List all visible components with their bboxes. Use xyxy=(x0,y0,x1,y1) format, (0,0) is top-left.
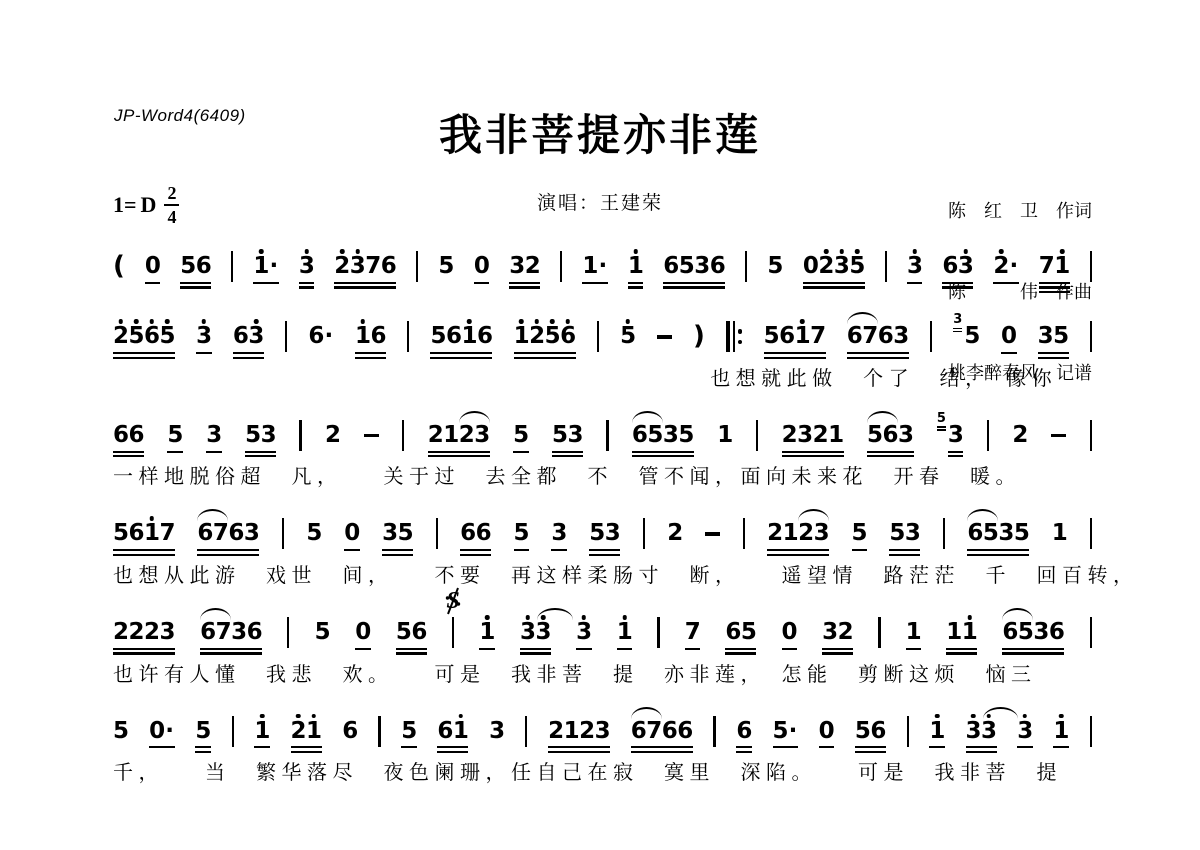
note-token: 5· xyxy=(773,718,799,749)
note-main: 1 xyxy=(906,619,922,650)
beam-line xyxy=(889,549,920,551)
beam-line xyxy=(437,746,468,748)
note-char: 1 xyxy=(1053,718,1069,744)
barline xyxy=(282,520,284,549)
note-token: 1 xyxy=(617,619,633,650)
note-main: 6536 xyxy=(1002,619,1064,655)
tie-arc xyxy=(537,608,573,620)
note-char: 3 xyxy=(595,718,611,744)
note-token: 6536 xyxy=(1002,619,1064,655)
notes-row: 66535322123553653512321563532 xyxy=(113,405,1092,458)
note-chars: 63 xyxy=(942,253,973,279)
note-char: 3 xyxy=(1038,323,1054,349)
barline-rule xyxy=(907,716,909,747)
note-char: 7 xyxy=(810,323,826,349)
notes-row: (0561·3237650321·16536502353632·71 xyxy=(113,236,1092,293)
beam-lines xyxy=(113,448,144,458)
beam-lines xyxy=(145,279,161,284)
note-chars: 2· xyxy=(993,253,1019,279)
note-char: 6 xyxy=(144,323,160,349)
note-main: 56 xyxy=(855,718,886,754)
note-main: 63 xyxy=(942,253,973,289)
beam-line xyxy=(514,549,530,551)
note-main: 56 xyxy=(396,619,427,655)
note-chars: 5617 xyxy=(113,520,175,546)
note-char: 5 xyxy=(1053,323,1069,349)
note-main: 3 xyxy=(551,520,567,551)
beam-lines xyxy=(632,448,694,458)
note-token: 1256 xyxy=(514,323,576,359)
note-char: 1 xyxy=(582,253,598,279)
note-char: 5 xyxy=(513,422,529,448)
beam-line xyxy=(344,549,360,551)
beam-lines xyxy=(167,448,183,453)
note-char: 3 xyxy=(520,619,536,645)
note-char: 1 xyxy=(783,520,799,546)
beam-line xyxy=(852,549,868,551)
note-main: 33 xyxy=(966,718,997,754)
barline-rule xyxy=(657,617,659,648)
note-char: 5 xyxy=(764,323,780,349)
note-chars: 35 xyxy=(1038,323,1069,349)
note-token: 2321 xyxy=(782,422,844,458)
barline xyxy=(987,422,989,451)
note-chars: 0 xyxy=(1001,323,1017,349)
tie-arc xyxy=(197,509,228,521)
note-char: 5 xyxy=(773,718,789,744)
note-token: 3 xyxy=(551,520,567,551)
note-char: 2 xyxy=(291,718,307,744)
note-char: 6 xyxy=(736,718,752,744)
note-char: 5 xyxy=(160,323,176,349)
note-char: 5 xyxy=(167,422,183,448)
note-char: 3 xyxy=(1033,619,1049,645)
note-char: 3 xyxy=(244,520,260,546)
note-main: 5 xyxy=(167,422,183,453)
beam-line xyxy=(946,652,977,654)
beam-line xyxy=(966,746,997,748)
beam-lines xyxy=(437,744,468,754)
tie-arc xyxy=(847,312,878,324)
note-char: 3 xyxy=(160,619,176,645)
note-chars: 5 xyxy=(767,253,783,279)
note-char: 3 xyxy=(206,422,222,448)
note-chars: 1 xyxy=(1053,718,1069,744)
note-char: 1 xyxy=(906,619,922,645)
barline-rule xyxy=(299,420,301,451)
note-char: 6 xyxy=(725,619,741,645)
barline xyxy=(943,520,945,549)
note-chars: 0 xyxy=(355,619,371,645)
note-char: 7 xyxy=(1039,253,1055,279)
note-char: 3 xyxy=(474,422,490,448)
beam-line xyxy=(907,282,923,284)
note-char: 5 xyxy=(398,520,414,546)
note-chars: 2 xyxy=(1012,422,1028,448)
note-main: 0 xyxy=(819,718,835,749)
beam-lines xyxy=(736,744,752,754)
note-chars: 0 xyxy=(145,253,161,279)
beam-lines xyxy=(725,645,756,655)
note-chars: 35 xyxy=(382,520,413,546)
beam-lines xyxy=(180,279,211,289)
note-char: 7 xyxy=(685,619,701,645)
score-line: (0561·3237650321·16536502353632·71 xyxy=(113,236,1092,293)
note-char: 1 xyxy=(795,323,811,349)
barline-rule xyxy=(1090,420,1092,451)
note-token: 5 xyxy=(620,323,636,349)
barline-rule xyxy=(436,518,438,549)
beam-line xyxy=(767,549,829,551)
grace-beam xyxy=(953,331,962,332)
barline-rule xyxy=(416,251,418,282)
beam-line xyxy=(291,746,322,748)
note-token: 2123 xyxy=(428,422,490,458)
note-char: 2 xyxy=(579,718,595,744)
note-chars: 63 xyxy=(233,323,264,349)
note-chars: 5 xyxy=(113,718,129,744)
note-char: 0 xyxy=(782,619,798,645)
beam-line xyxy=(245,455,276,457)
note-token: 5 xyxy=(852,520,868,551)
beam-line xyxy=(628,282,644,284)
half-note-dash xyxy=(705,532,720,536)
note-main: 3 xyxy=(299,253,315,289)
note-chars: 33 xyxy=(966,718,997,744)
note-char: 5 xyxy=(545,323,561,349)
note-char: 3 xyxy=(350,253,366,279)
beam-lines xyxy=(803,279,865,289)
note-char: 5 xyxy=(767,253,783,279)
note-main: 5 xyxy=(620,323,636,349)
lyrics-line: 千， 当 繁华落尽 夜色阑珊，任自己在寂 寞里 深陷。 可是 我非菩 提 xyxy=(113,760,1092,786)
note-chars: 1· xyxy=(582,253,608,279)
note-token: 2 xyxy=(325,422,341,448)
note-char: 5 xyxy=(396,619,412,645)
repeat-thin-bar xyxy=(733,321,735,352)
note-main: 6 xyxy=(736,718,752,754)
barline xyxy=(416,253,418,282)
score-line: 25653636·16561612565)5617676335035也想就此做 … xyxy=(113,306,1092,392)
beam-lines xyxy=(631,744,693,754)
note-char: 3 xyxy=(196,323,212,349)
note-char: 5 xyxy=(983,520,999,546)
tie-arc xyxy=(967,509,998,521)
note-token: 0 xyxy=(1001,323,1017,354)
note-char: 5 xyxy=(1018,619,1034,645)
beam-line xyxy=(628,286,644,288)
beam-line xyxy=(767,554,829,556)
note-chars: 5 xyxy=(167,422,183,448)
beam-lines xyxy=(355,645,371,650)
note-main: 6535 xyxy=(967,520,1029,556)
beam-line xyxy=(764,352,826,354)
note-token: 53 xyxy=(552,422,583,458)
beam-lines xyxy=(773,744,799,749)
note-char: 2 xyxy=(813,422,829,448)
note-token: 0 xyxy=(344,520,360,551)
note-main: 563 xyxy=(867,422,914,458)
beam-line xyxy=(632,455,694,457)
beam-lines xyxy=(291,744,322,754)
beam-line xyxy=(430,357,492,359)
beam-lines xyxy=(245,448,276,458)
beam-line xyxy=(195,751,211,753)
note-char: 1 xyxy=(461,323,477,349)
repeat-thick-bar xyxy=(726,321,731,352)
beam-line xyxy=(200,652,262,654)
note-main: 0 xyxy=(344,520,360,551)
note-chars: 32 xyxy=(822,619,853,645)
note-chars: 5617 xyxy=(764,323,826,349)
beam-lines xyxy=(782,645,798,650)
beam-line xyxy=(1017,746,1033,748)
note-main: 1 xyxy=(628,253,644,289)
beam-line xyxy=(513,451,529,453)
lyrics-line: 也许有人懂 我悲 欢。 可是 我非菩 提 亦非莲， 怎能 剪断这烦 恼三 xyxy=(113,662,1092,688)
beam-lines xyxy=(822,645,853,655)
barline-rule xyxy=(560,251,562,282)
note-token: 53 xyxy=(589,520,620,556)
note-token: 1 xyxy=(717,422,733,448)
note-token: 63 xyxy=(233,323,264,359)
notes-row: 50·5121656132123676665·05613331 xyxy=(113,701,1092,754)
beam-line xyxy=(149,746,175,748)
beam-line xyxy=(782,455,844,457)
note-char: 5 xyxy=(679,253,695,279)
note-char: 6 xyxy=(342,718,358,744)
beam-line xyxy=(942,286,973,288)
note-main: 5 xyxy=(514,520,530,551)
beam-lines xyxy=(767,546,829,556)
beam-line xyxy=(200,648,262,650)
note-char: 5 xyxy=(741,619,757,645)
note-token: 1 xyxy=(479,619,495,650)
note-main: 1 xyxy=(1052,520,1068,546)
note-chars: 2565 xyxy=(113,323,175,349)
beam-line xyxy=(966,751,997,753)
barline-rule xyxy=(1090,617,1092,648)
note-char: 6 xyxy=(381,253,397,279)
note-chars: 53 xyxy=(245,422,276,448)
beam-line xyxy=(589,549,620,551)
barline xyxy=(907,718,909,747)
note-char: · xyxy=(324,323,334,349)
note-chars: 5 xyxy=(438,253,454,279)
beam-line xyxy=(822,652,853,654)
beam-line xyxy=(113,455,144,457)
note-main: 21 xyxy=(291,718,322,754)
beam-lines xyxy=(200,645,262,655)
note-token: 5 xyxy=(438,253,454,279)
note-main: 3 xyxy=(1017,718,1033,749)
note-char: 6 xyxy=(883,422,899,448)
note-char: 1 xyxy=(564,718,580,744)
beam-lines xyxy=(197,546,259,556)
beam-line xyxy=(782,648,798,650)
barline-rule xyxy=(745,251,747,282)
note-char: 2 xyxy=(459,422,475,448)
note-main: 1 xyxy=(479,619,495,650)
note-main: 5616 xyxy=(430,323,492,359)
barline-rule xyxy=(285,321,287,352)
repeat-begin-sign xyxy=(726,321,743,352)
beam-line xyxy=(520,652,551,654)
note-main: 6766 xyxy=(631,718,693,754)
beam-line xyxy=(822,648,853,650)
note-char: 5 xyxy=(195,718,211,744)
note-token: 0 xyxy=(782,619,798,650)
note-token: 5 xyxy=(767,253,783,279)
note-token: 21 xyxy=(291,718,322,754)
note-char: · xyxy=(1009,253,1019,279)
beam-line xyxy=(1053,746,1069,748)
tie-arc xyxy=(798,509,829,521)
tie-arc xyxy=(459,411,490,423)
beam-line xyxy=(942,282,973,284)
note-char: 3 xyxy=(536,619,552,645)
note-char: 3 xyxy=(551,520,567,546)
beam-lines xyxy=(782,448,844,458)
note-main: 0 xyxy=(782,619,798,650)
half-note-dash xyxy=(657,335,672,339)
note-char: 3 xyxy=(822,619,838,645)
note-char: 2 xyxy=(1012,422,1028,448)
note-char: 1 xyxy=(453,718,469,744)
note-token: 1 xyxy=(1052,520,1068,546)
beam-lines xyxy=(195,744,211,754)
barline-rule xyxy=(231,251,233,282)
beam-line xyxy=(382,554,413,556)
note-char: 6 xyxy=(677,718,693,744)
note-char: 3 xyxy=(893,323,909,349)
note-char: 6 xyxy=(437,718,453,744)
barline xyxy=(1090,253,1092,282)
note-chars: 1 xyxy=(628,253,644,279)
beam-line xyxy=(685,648,701,650)
note-main: 11 xyxy=(946,619,977,655)
beam-line xyxy=(929,746,945,748)
note-main: 6763 xyxy=(197,520,259,556)
note-chars: 16 xyxy=(355,323,386,349)
note-char: 6 xyxy=(446,323,462,349)
note-token: 35 xyxy=(953,323,980,349)
note-token: 3 xyxy=(907,253,923,284)
beam-lines xyxy=(1001,349,1017,354)
note-token: 1 xyxy=(929,718,945,749)
note-chars: 6536 xyxy=(1002,619,1064,645)
phrase-paren: ) xyxy=(693,323,705,350)
note-chars: 2123 xyxy=(548,718,610,744)
beam-line xyxy=(773,746,799,748)
note-main: 3 xyxy=(489,718,505,744)
note-main: 35 xyxy=(1038,323,1069,359)
note-chars: 56 xyxy=(180,253,211,279)
beam-line xyxy=(582,282,608,284)
barline xyxy=(525,718,527,747)
beam-line xyxy=(479,648,495,650)
note-char: 2 xyxy=(767,520,783,546)
beam-line xyxy=(1002,648,1064,650)
note-char: 6 xyxy=(1049,619,1065,645)
note-chars: 2123 xyxy=(767,520,829,546)
note-main: 2321 xyxy=(782,422,844,458)
beam-lines xyxy=(1017,744,1033,749)
beam-lines xyxy=(479,645,495,650)
note-char: 3 xyxy=(834,253,850,279)
note-chars: 66 xyxy=(460,520,491,546)
barline xyxy=(299,422,301,451)
note-token: 3 xyxy=(489,718,505,744)
note-char: 7 xyxy=(213,520,229,546)
note-char: 3 xyxy=(958,253,974,279)
beam-lines xyxy=(401,744,417,749)
barline xyxy=(378,718,380,747)
note-chars: 2376 xyxy=(334,253,396,279)
note-char: 5 xyxy=(129,323,145,349)
note-main: 16 xyxy=(355,323,386,359)
note-chars: 2 xyxy=(325,422,341,448)
note-char: 1 xyxy=(355,323,371,349)
tie-arc xyxy=(1002,608,1033,620)
note-char: 2 xyxy=(529,323,545,349)
note-char: 5 xyxy=(964,323,980,349)
beam-line xyxy=(552,451,583,453)
note-chars: 71 xyxy=(1039,253,1070,279)
note-chars: 5 xyxy=(401,718,417,744)
beam-line xyxy=(206,451,222,453)
beam-line xyxy=(867,455,914,457)
note-chars: 6 xyxy=(342,718,358,744)
barline-rule xyxy=(452,617,454,648)
note-token: 65 xyxy=(725,619,756,655)
note-token: 1 xyxy=(628,253,644,289)
note-token: 56 xyxy=(855,718,886,754)
note-main: 0 xyxy=(474,253,490,284)
barline xyxy=(1090,422,1092,451)
barline-rule xyxy=(756,420,758,451)
note-token: 6536 xyxy=(663,253,725,289)
note-char: 6 xyxy=(197,520,213,546)
note-char: 3 xyxy=(797,422,813,448)
note-char: 3 xyxy=(509,253,525,279)
note-char: 3 xyxy=(231,619,247,645)
note-chars: 1· xyxy=(253,253,279,279)
note-char: 2 xyxy=(113,323,129,349)
note-main: 5617 xyxy=(113,520,175,556)
beam-line xyxy=(113,648,175,650)
note-char: 1 xyxy=(443,422,459,448)
note-token: 0 xyxy=(145,253,161,284)
beam-line xyxy=(948,455,964,457)
note-main: 53 xyxy=(589,520,620,556)
note-chars: 1 xyxy=(717,422,733,448)
beam-lines xyxy=(206,448,222,453)
note-char: 0 xyxy=(355,619,371,645)
note-chars: 3 xyxy=(948,422,964,448)
note-chars: 5 xyxy=(315,619,331,645)
note-char: 5 xyxy=(852,520,868,546)
beam-line xyxy=(233,352,264,354)
repeat-dot xyxy=(738,340,743,345)
note-chars: 2321 xyxy=(782,422,844,448)
note-main: 1 xyxy=(929,718,945,749)
barline-rule xyxy=(232,716,234,747)
note-char: 1 xyxy=(1054,253,1070,279)
note-chars: 0 xyxy=(782,619,798,645)
barline: S xyxy=(452,619,454,648)
beam-lines xyxy=(855,744,886,754)
